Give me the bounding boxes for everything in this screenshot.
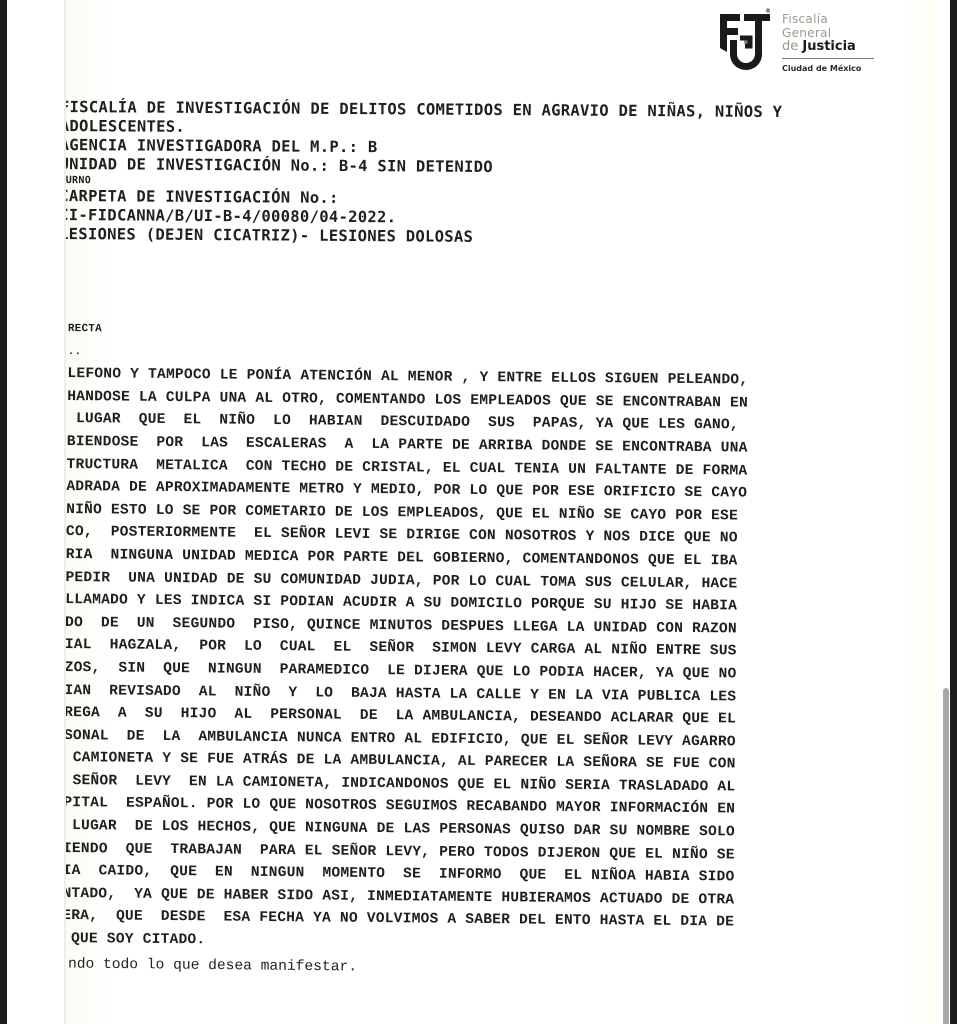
document-page: Fiscalía General de Justicia Ciudad de M…	[66, 0, 934, 1024]
logo-line-3-prefix: de	[782, 39, 802, 54]
statement-body: RECTA .. LEFONO Y TAMPOCO LE PONÍA ATENC…	[66, 318, 749, 957]
viewer-left-edge	[0, 0, 7, 1024]
case-header: FISCALÍA DE INVESTIGACIÓN DE DELITOS COM…	[66, 98, 782, 249]
header-line: LESIONES (DEJEN CICATRIZ)- LESIONES DOLO…	[66, 225, 781, 249]
logo-line-2: General	[782, 26, 874, 40]
viewer-right-edge	[950, 0, 957, 1024]
logo-line-3-bold: Justicia	[802, 39, 855, 54]
statement-lines: LEFONO Y TAMPOCO LE PONÍA ATENCIÓN AL ME…	[66, 363, 748, 957]
logo-text: Fiscalía General de Justicia Ciudad de M…	[782, 12, 874, 76]
logo-line-4: Ciudad de México	[782, 62, 874, 76]
logo-divider	[782, 58, 874, 59]
logo-line-3: de Justicia	[782, 40, 874, 54]
closing-line: ndo todo lo que desea manifestar.	[68, 956, 357, 975]
fgj-logo: Fiscalía General de Justicia Ciudad de M…	[716, 8, 876, 80]
scrollbar-thumb[interactable]	[943, 688, 949, 1024]
fgj-shield-icon	[716, 8, 776, 72]
logo-line-1: Fiscalía	[782, 12, 874, 26]
